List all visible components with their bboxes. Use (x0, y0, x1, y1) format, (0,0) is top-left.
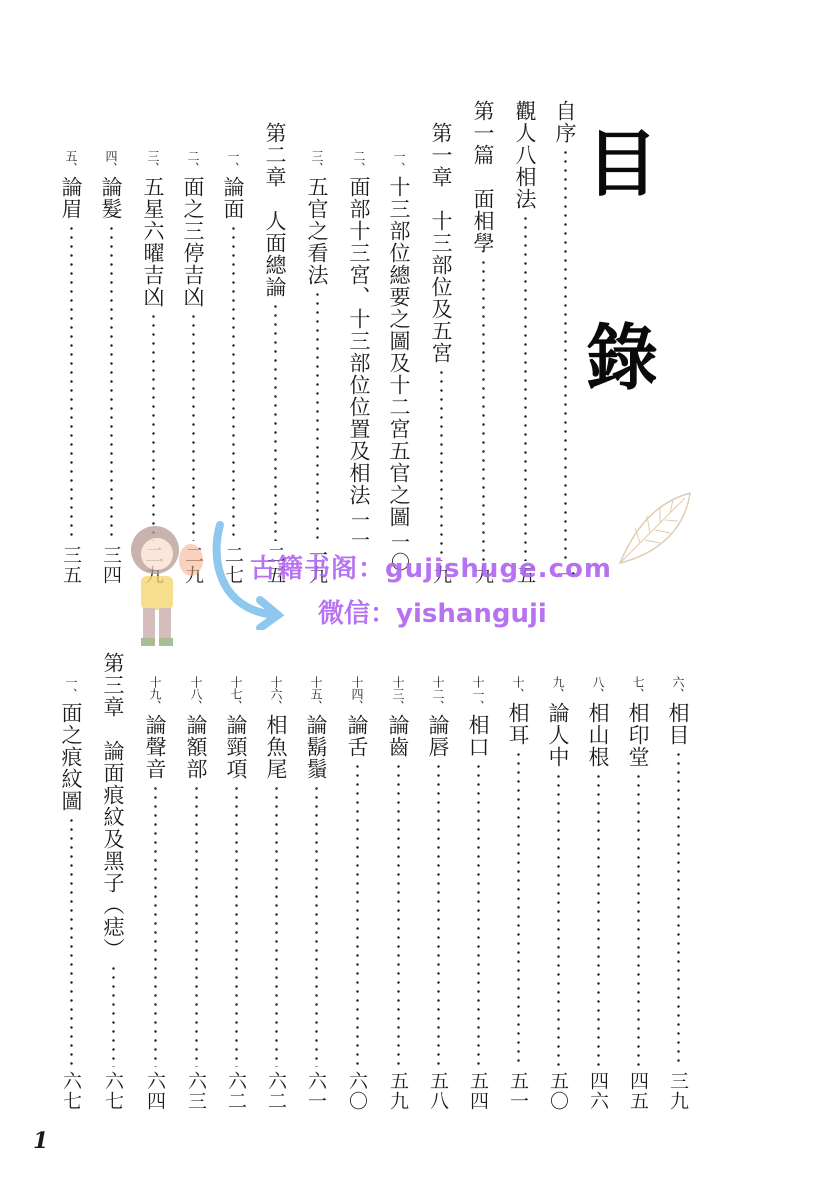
leader-dots (232, 224, 235, 541)
entry-index: 四、 (104, 150, 118, 174)
entry-title: 面之痕紋圖 (58, 702, 84, 812)
entry-title: 第一篇 面相學 (470, 100, 496, 254)
entry-index: 一、 (392, 150, 406, 174)
toc-entry[interactable]: 十七、 論頸項 六二 (223, 676, 249, 1111)
entry-title: 論舌 (344, 714, 370, 758)
leader-dots (235, 784, 238, 1067)
mascot-illustration-icon (115, 520, 205, 650)
entry-index: 三、 (310, 150, 324, 174)
leader-dots (440, 368, 443, 561)
leader-dots (112, 964, 115, 1067)
entry-page: 三五 (60, 545, 82, 585)
entry-page: 一一 (348, 510, 370, 550)
page-number: 1 (33, 1128, 48, 1154)
entry-page: 四五 (627, 1071, 649, 1111)
entry-page: 五九 (387, 1071, 409, 1111)
toc-entry[interactable]: 十八、 論額部 六三 (183, 676, 209, 1111)
leader-dots (524, 214, 527, 561)
leader-dots (564, 148, 567, 561)
toc-entry[interactable]: 十、 相耳 五一 (505, 676, 531, 1111)
toc-entry[interactable]: 第一章 十三部位及五宮 九 (428, 122, 454, 585)
leader-dots (195, 784, 198, 1067)
entry-index: 八、 (591, 676, 605, 700)
entry-title: 論髮 (98, 176, 124, 220)
leader-dots (517, 750, 520, 1067)
leader-dots (110, 224, 113, 541)
entry-page: 六二 (225, 1071, 247, 1111)
entry-index: 十二、 (431, 676, 445, 712)
entry-page: 六〇 (346, 1071, 368, 1111)
entry-title: 五星六曜吉凶 (140, 176, 166, 308)
leader-dots (557, 772, 560, 1067)
title-char-lu: 錄 (582, 322, 662, 394)
watermark-wechat: 微信：yishanguji (318, 593, 547, 630)
entry-index: 三、 (146, 150, 160, 174)
entry-page: 三九 (667, 1071, 689, 1111)
toc-entry[interactable]: 十六、 相魚尾 六二 (263, 676, 289, 1111)
entry-title: 論聲音 (142, 714, 168, 780)
toc-entry[interactable]: 第一篇 面相學 九 (470, 100, 496, 585)
entry-title: 面部十三宮、十三部位位置及相法 (346, 176, 372, 506)
entry-title: 論頸項 (223, 714, 249, 780)
entry-page: 六二 (265, 1071, 287, 1111)
entry-title: 論齒 (385, 714, 411, 758)
entry-index: 一、 (226, 150, 240, 174)
leader-dots (152, 312, 155, 541)
toc-entry[interactable]: 十一、 相口 五四 (465, 676, 491, 1111)
toc-entry[interactable]: 第三章 論面痕紋及黑子（痣） 六七 (100, 652, 126, 1111)
entry-index: 十、 (511, 676, 525, 700)
entry-page: 六一 (305, 1071, 327, 1111)
entry-page: 六四 (144, 1071, 166, 1111)
toc-entry[interactable]: 十九、 論聲音 六四 (142, 676, 168, 1111)
entry-title: 自序 (552, 100, 578, 144)
toc-entry[interactable]: 八、 相山根 四六 (585, 676, 611, 1111)
toc-entry[interactable]: 三、 五官之看法 一九 (304, 150, 330, 585)
entry-index: 十三、 (391, 676, 405, 712)
entry-page: 六七 (60, 1071, 82, 1111)
toc-entry[interactable]: 二、 面部十三宮、十三部位位置及相法 一一 (346, 150, 372, 585)
entry-index: 二、 (352, 150, 366, 174)
leader-dots (397, 762, 400, 1067)
entry-index: 五、 (64, 150, 78, 174)
title-char-mu: 目 (582, 128, 662, 200)
entry-title: 論額部 (183, 714, 209, 780)
entry-title: 觀人八相法 (512, 100, 538, 210)
entry-title: 相印堂 (625, 702, 651, 768)
leader-dots (597, 772, 600, 1067)
toc-entry[interactable]: 五、 論眉 三五 (58, 150, 84, 585)
leader-dots (316, 290, 319, 541)
toc-entry[interactable]: 一、 面之痕紋圖 六七 (58, 676, 84, 1111)
entry-title: 論面 (220, 176, 246, 220)
entry-index: 九、 (551, 676, 565, 700)
leader-dots (192, 312, 195, 541)
leader-dots (677, 750, 680, 1067)
entry-title: 論人中 (545, 702, 571, 768)
entry-page: 五八 (427, 1071, 449, 1111)
entry-page: 五一 (507, 1071, 529, 1111)
entry-index: 七、 (631, 676, 645, 700)
leader-dots (154, 784, 157, 1067)
entry-index: 一、 (64, 676, 78, 700)
leader-dots (274, 302, 277, 541)
entry-page: 四六 (587, 1071, 609, 1111)
entry-page: 六三 (185, 1071, 207, 1111)
entry-title: 相口 (465, 714, 491, 758)
leader-dots (275, 784, 278, 1067)
entry-title: 相魚尾 (263, 714, 289, 780)
toc-entry[interactable]: 第二章 人面總論 二五 (262, 122, 288, 585)
entry-index: 十四、 (350, 676, 364, 712)
leader-dots (477, 762, 480, 1067)
leaf-decoration-icon (615, 488, 695, 568)
watermark-site: 古籍书阁：gujishuge.com (250, 548, 612, 585)
entry-index: 十八、 (189, 676, 203, 712)
leader-dots (356, 762, 359, 1067)
toc-entry[interactable]: 七、 相印堂 四五 (625, 676, 651, 1111)
entry-title: 相目 (665, 702, 691, 746)
toc-entry[interactable]: 六、 相目 三九 (665, 676, 691, 1111)
toc-entry[interactable]: 十三、 論齒 五九 (385, 676, 411, 1111)
leader-dots (315, 784, 318, 1067)
entry-title: 論鬍鬚 (303, 714, 329, 780)
toc-page: 目 錄 自序 一 觀人八相法 五 第一篇 面相學 九 第一章 十三部位及五宮 九… (0, 0, 835, 1178)
leader-dots (437, 762, 440, 1067)
entry-title: 相耳 (505, 702, 531, 746)
entry-index: 十九、 (148, 676, 162, 712)
entry-page: 六七 (102, 1071, 124, 1111)
toc-entry[interactable]: 自序 一 (552, 100, 578, 585)
entry-title: 第一章 十三部位及五宮 (428, 122, 454, 364)
entry-title: 論眉 (58, 176, 84, 220)
leader-dots (70, 224, 73, 541)
entry-title: 第二章 人面總論 (262, 122, 288, 298)
toc-entry[interactable]: 十四、 論舌 六〇 (344, 676, 370, 1111)
entry-title: 五官之看法 (304, 176, 330, 286)
leader-dots (482, 258, 485, 561)
toc-entry[interactable]: 一、 十三部位總要之圖及十二宮五官之圖 一〇 (386, 150, 412, 585)
toc-entry[interactable]: 十五、 論鬍鬚 六一 (303, 676, 329, 1111)
entry-page: 五四 (467, 1071, 489, 1111)
entry-title: 第三章 論面痕紋及黑子（痣） (100, 652, 126, 960)
entry-index: 十七、 (229, 676, 243, 712)
entry-title: 面之三停吉凶 (180, 176, 206, 308)
toc-entry[interactable]: 十二、 論唇 五八 (425, 676, 451, 1111)
leader-dots (637, 772, 640, 1067)
entry-index: 十六、 (269, 676, 283, 712)
entry-page: 五〇 (547, 1071, 569, 1111)
toc-entry[interactable]: 九、 論人中 五〇 (545, 676, 571, 1111)
entry-index: 十一、 (471, 676, 485, 712)
entry-index: 六、 (671, 676, 685, 700)
entry-index: 二、 (186, 150, 200, 174)
entry-index: 十五、 (309, 676, 323, 712)
entry-title: 十三部位總要之圖及十二宮五官之圖 (386, 176, 412, 528)
leader-dots (70, 816, 73, 1067)
toc-entry[interactable]: 觀人八相法 五 (512, 100, 538, 585)
entry-title: 論唇 (425, 714, 451, 758)
entry-title: 相山根 (585, 702, 611, 768)
